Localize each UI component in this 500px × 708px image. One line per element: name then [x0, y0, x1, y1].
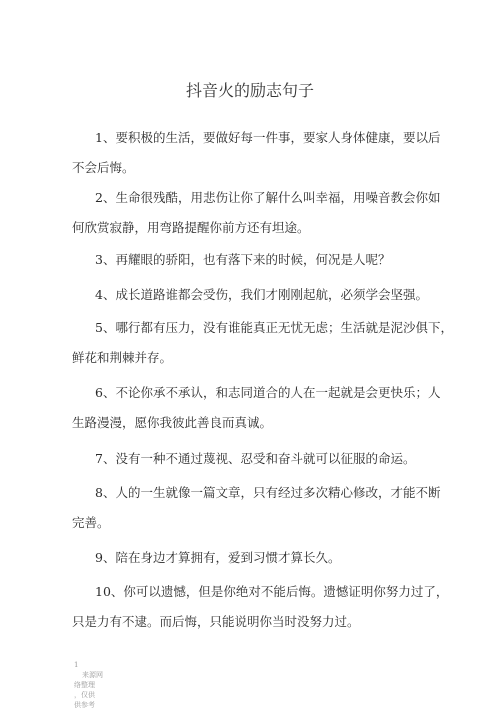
paragraph-4-line-1: 4、成长道路谁都会受伤，我们才刚刚起航，必须学会坚强。 — [95, 285, 428, 303]
paragraph-1-line-1: 1、要积极的生活，要做好每一件事，要家人身体健康，要以后 — [95, 128, 440, 146]
footer-note-line: 1 — [74, 660, 114, 670]
footer-note-line: 来源网 — [74, 670, 114, 680]
paragraph-2-line-1: 2、生命很残酷，用悲伤让你了解什么叫幸福，用噪音教会你如 — [95, 188, 440, 206]
paragraph-6-line-1: 6、不论你承不承认，和志同道合的人在一起就是会更快乐；人 — [95, 383, 440, 401]
paragraph-3-line-1: 3、再耀眼的骄阳，也有落下来的时候，何况是人呢？ — [95, 250, 390, 268]
footer-note-line: 络整理 — [74, 680, 114, 690]
paragraph-5-line-1: 5、哪行都有压力，没有谁能真正无忧无虑；生活就是泥沙俱下， — [95, 318, 453, 336]
paragraph-10-line-2: 只是力有不逮。而后悔，只能说明你当时没努力过。 — [72, 612, 360, 630]
paragraph-10-line-1: 10、你可以遗憾，但是你绝对不能后悔。遗憾证明你努力过了， — [95, 582, 448, 600]
footer-note-line: ，仅供 — [74, 690, 114, 700]
paragraph-7-line-1: 7、没有一种不通过蔑视、忍受和奋斗就可以征服的命运。 — [95, 449, 415, 467]
document-title: 抖音火的励志句子 — [0, 78, 500, 101]
footer-note-line: 供参考 — [74, 700, 114, 708]
paragraph-5-line-2: 鲜花和荆棘并存。 — [72, 348, 172, 366]
paragraph-8-line-1: 8、人的一生就像一篇文章，只有经过多次精心修改，才能不断 — [95, 483, 440, 501]
paragraph-1-line-2: 不会后悔。 — [72, 158, 135, 176]
paragraph-6-line-2: 生路漫漫，愿你我彼此善良而真诚。 — [72, 413, 272, 431]
footer-note: 1 来源网 络整理 ，仅供 供参考 — [74, 660, 114, 708]
paragraph-9-line-1: 9、陪在身边才算拥有，爱到习惯才算长久。 — [95, 548, 340, 566]
paragraph-8-line-2: 完善。 — [72, 513, 110, 531]
paragraph-2-line-2: 何欣赏寂静，用弯路提醒你前方还有坦途。 — [72, 218, 310, 236]
